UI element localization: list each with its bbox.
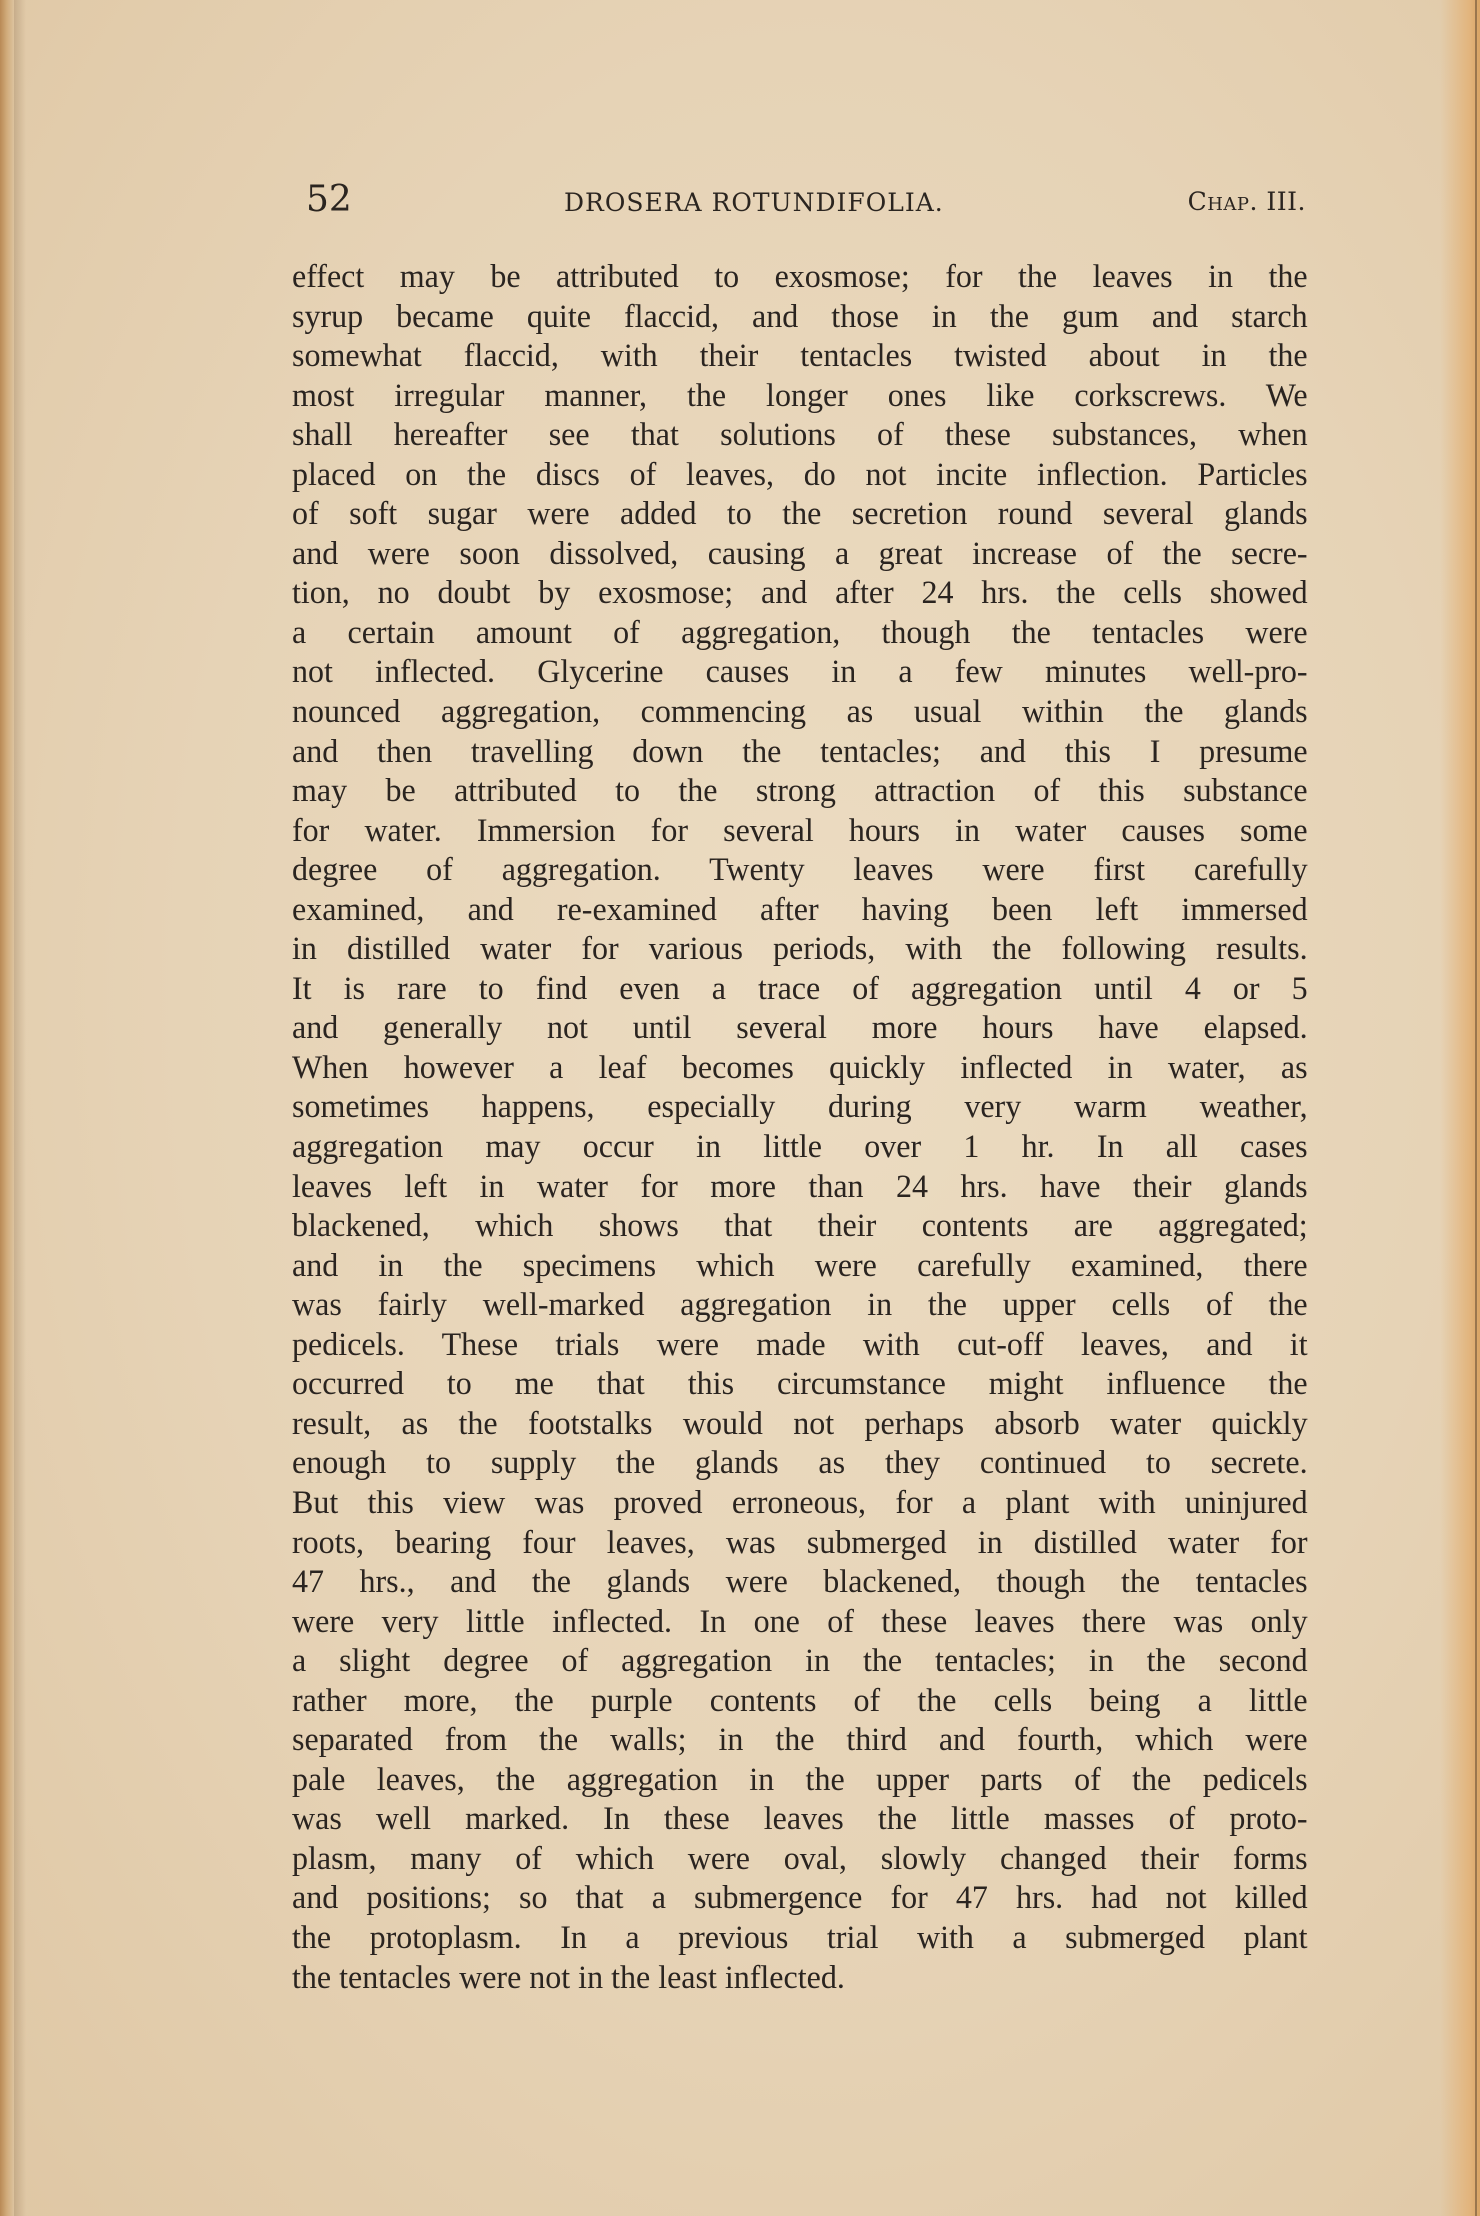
page-right-edge-line	[1475, 0, 1477, 2216]
text-line: and in the specimens which were carefull…	[292, 1247, 1308, 1287]
text-line: nounced aggregation, commencing as usual…	[292, 693, 1308, 733]
text-line: leaves left in water for more than 24 hr…	[292, 1168, 1308, 1208]
page-gutter-shadow	[14, 0, 26, 2216]
text-line: plasm, many of which were oval, slowly c…	[292, 1840, 1308, 1880]
text-line: tion, no doubt by exosmose; and after 24…	[292, 574, 1308, 614]
text-line: But this view was proved erroneous, for …	[292, 1484, 1308, 1524]
text-line: aggregation may occur in little over 1 h…	[292, 1128, 1308, 1168]
text-line: rather more, the purple contents of the …	[292, 1682, 1308, 1722]
text-line: a certain amount of aggregation, though …	[292, 614, 1308, 654]
text-line: occurred to me that this circumstance mi…	[292, 1365, 1308, 1405]
text-line: It is rare to find even a trace of aggre…	[292, 970, 1308, 1010]
text-line: pale leaves, the aggregation in the uppe…	[292, 1761, 1308, 1801]
running-head: 52 DROSERA ROTUNDIFOLIA. Chap. III.	[306, 180, 1306, 240]
text-line: blackened, which shows that their conten…	[292, 1207, 1308, 1247]
text-line: When however a leaf becomes quickly infl…	[292, 1049, 1308, 1089]
text-line: sometimes happens, especially during ver…	[292, 1088, 1308, 1128]
text-line: the protoplasm. In a previous trial with…	[292, 1919, 1308, 1959]
text-line: was well marked. In these leaves the lit…	[292, 1800, 1308, 1840]
text-line: for water. Immersion for several hours i…	[292, 812, 1308, 852]
text-line: a slight degree of aggregation in the te…	[292, 1642, 1308, 1682]
text-line: not inflected. Glycerine causes in a few…	[292, 653, 1308, 693]
text-line: syrup became quite flaccid, and those in…	[292, 298, 1308, 338]
text-line: placed on the discs of leaves, do not in…	[292, 456, 1308, 496]
text-line: and generally not until several more hou…	[292, 1009, 1308, 1049]
text-line: in distilled water for various periods, …	[292, 930, 1308, 970]
text-line: examined, and re-examined after having b…	[292, 891, 1308, 931]
text-line: and then travelling down the tentacles; …	[292, 733, 1308, 773]
body-text: effect may be attributed to exosmose; fo…	[292, 258, 1308, 1998]
text-line: 47 hrs., and the glands were blackened, …	[292, 1563, 1308, 1603]
text-line: roots, bearing four leaves, was submerge…	[292, 1524, 1308, 1564]
text-line: most irregular manner, the longer ones l…	[292, 377, 1308, 417]
book-page: 52 DROSERA ROTUNDIFOLIA. Chap. III. effe…	[0, 0, 1480, 2216]
text-line: separated from the walls; in the third a…	[292, 1721, 1308, 1761]
running-title: DROSERA ROTUNDIFOLIA.	[564, 188, 944, 218]
text-line-last: the tentacles were not in the least infl…	[292, 1959, 1308, 1999]
text-line: pedicels. These trials were made with cu…	[292, 1326, 1308, 1366]
text-line: and were soon dissolved, causing a great…	[292, 535, 1308, 575]
page-right-edge	[1440, 0, 1480, 2216]
text-line: was fairly well-marked aggregation in th…	[292, 1286, 1308, 1326]
text-line: shall hereafter see that solutions of th…	[292, 416, 1308, 456]
page-number: 52	[306, 180, 352, 220]
text-line: result, as the footstalks would not perh…	[292, 1405, 1308, 1445]
text-line: degree of aggregation. Twenty leaves wer…	[292, 851, 1308, 891]
chapter-label: Chap. III.	[1188, 186, 1306, 218]
text-line: may be attributed to the strong attracti…	[292, 772, 1308, 812]
text-line: enough to supply the glands as they cont…	[292, 1444, 1308, 1484]
text-line: of soft sugar were added to the secretio…	[292, 495, 1308, 535]
page-spine-edge	[0, 0, 14, 2216]
text-line: and positions; so that a submergence for…	[292, 1879, 1308, 1919]
text-line: were very little inflected. In one of th…	[292, 1603, 1308, 1643]
text-line: somewhat flaccid, with their tentacles t…	[292, 337, 1308, 377]
text-line: effect may be attributed to exosmose; fo…	[292, 258, 1308, 298]
